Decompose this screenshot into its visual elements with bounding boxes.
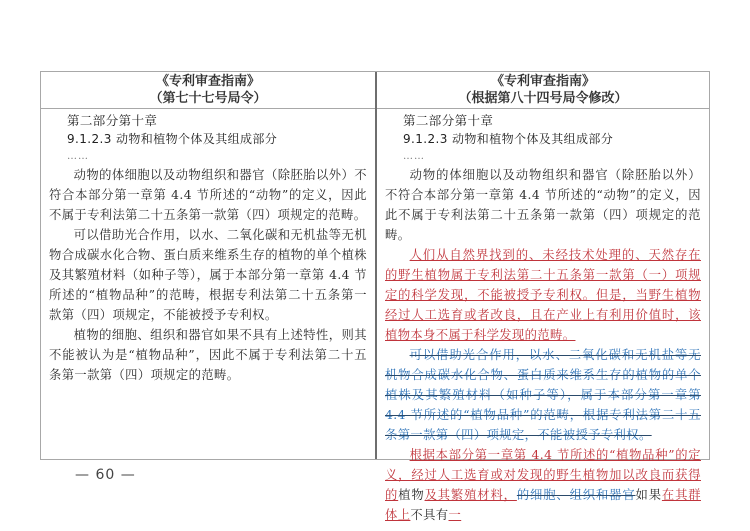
part-heading: 第二部分第十章	[385, 111, 701, 130]
added-text: 及其繁殖材料，	[425, 488, 517, 502]
paragraph-wild-plants-added: 人们从自然界找到的、未经技术处理的、天然存在的野生植物属于专利法第二十五条第一款…	[385, 245, 701, 345]
left-column-header: 《专利审查指南》 （第七十七号局令）	[41, 72, 375, 108]
part-heading: 第二部分第十章	[49, 111, 367, 130]
deleted-text: 的细胞、组织和器官	[517, 488, 636, 502]
paragraph-plant-definition-amended: 根据本部分第一章第 4.4 节所述的“植物品种”的定义，经过人工选育或对发现的野…	[385, 445, 701, 525]
deleted-text: 可以借助光合作用，以水、二氧化碳和无机盐等无机物合成碳水化合物、蛋白质来维系生存…	[385, 348, 701, 442]
right-column-header: 《专利审查指南》 （根据第八十四号局令修改）	[377, 72, 709, 108]
right-column-body: 第二部分第十章 9.1.2.3 动物和植物个体及其组成部分 …… 动物的体细胞以…	[377, 108, 709, 525]
paragraph-animals: 动物的体细胞以及动物组织和器官（除胚胎以外）不符合本部分第一章第 4.4 节所述…	[49, 165, 367, 225]
paragraph-plant-varieties-deleted: 可以借助光合作用，以水、二氧化碳和无机盐等无机物合成碳水化合物、蛋白质来维系生存…	[385, 345, 701, 445]
kept-text: 植物	[398, 488, 424, 502]
added-text: 人们从自然界找到的、未经技术处理的、天然存在的野生植物属于专利法第二十五条第一款…	[385, 248, 701, 342]
right-column-amended: 《专利审查指南》 （根据第八十四号局令修改） 第二部分第十章 9.1.2.3 动…	[377, 72, 709, 459]
comparison-table: 《专利审查指南》 （第七十七号局令） 第二部分第十章 9.1.2.3 动物和植物…	[40, 71, 710, 460]
section-heading: 9.1.2.3 动物和植物个体及其组成部分	[49, 130, 367, 149]
paragraph-animals: 动物的体细胞以及动物组织和器官（除胚胎以外）不符合本部分第一章第 4.4 节所述…	[385, 165, 701, 245]
left-header-title: 《专利审查指南》	[41, 73, 375, 90]
page-number: — 60 —	[75, 467, 136, 483]
right-header-subtitle: （根据第八十四号局令修改）	[377, 90, 709, 107]
kept-text: 不具有	[410, 508, 448, 522]
section-heading: 9.1.2.3 动物和植物个体及其组成部分	[385, 130, 701, 149]
right-header-title: 《专利审查指南》	[377, 73, 709, 90]
added-text: 一	[449, 508, 462, 522]
paragraph-plant-varieties: 可以借助光合作用，以水、二氧化碳和无机盐等无机物合成碳水化合物、蛋白质来维系生存…	[49, 225, 367, 325]
left-column-original: 《专利审查指南》 （第七十七号局令） 第二部分第十章 9.1.2.3 动物和植物…	[41, 72, 375, 459]
kept-text: 如果	[636, 488, 662, 502]
ellipsis: ……	[385, 149, 701, 165]
ellipsis: ……	[49, 149, 367, 165]
paragraph-plant-cells: 植物的细胞、组织和器官如果不具有上述特性，则其不能被认为是“植物品种”，因此不属…	[49, 325, 367, 385]
left-header-subtitle: （第七十七号局令）	[41, 90, 375, 107]
left-column-body: 第二部分第十章 9.1.2.3 动物和植物个体及其组成部分 …… 动物的体细胞以…	[41, 108, 375, 385]
